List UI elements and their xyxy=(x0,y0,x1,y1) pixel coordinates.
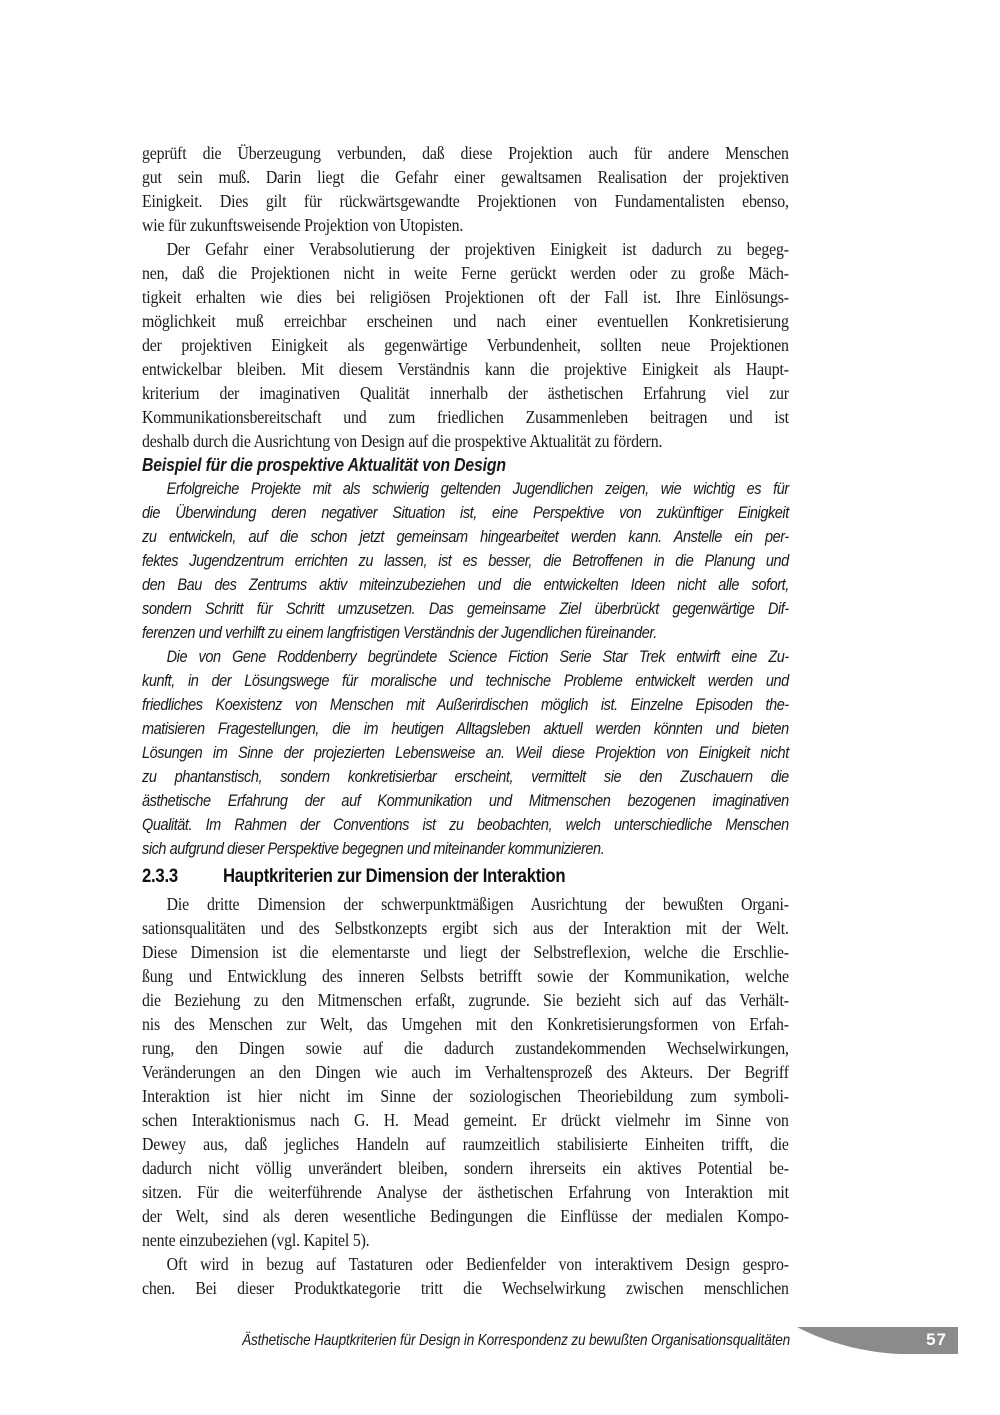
example-line: den Bau des Zentrums aktiv miteinzubezie… xyxy=(142,573,789,597)
body-line: entwickelbar bleiben. Mit diesem Verstän… xyxy=(142,357,789,381)
body-line: kriterium der imaginativen Qualität inne… xyxy=(142,381,789,405)
body-line: der projektiven Einigkeit als gegenwärti… xyxy=(142,333,789,357)
example-line: ästhetische Erfahrung der auf Kommunikat… xyxy=(142,789,789,813)
body-line: chen. Bei dieser Produktkategorie tritt … xyxy=(142,1276,789,1300)
example-line: sondern Schritt für Schritt umzusetzen. … xyxy=(142,597,789,621)
paragraph: Der Gefahr einer Verabsolutierung der pr… xyxy=(142,237,789,453)
body-line: geprüft die Überzeugung verbunden, daß d… xyxy=(142,141,789,165)
example-line: Erfolgreiche Projekte mit als schwierig … xyxy=(142,477,789,501)
body-line: Einigkeit. Dies gilt für rückwärtsgewand… xyxy=(142,189,789,213)
example-line: ferenzen und verhilft zu einem langfrist… xyxy=(142,621,789,645)
example-paragraph: Erfolgreiche Projekte mit als schwierig … xyxy=(142,477,789,645)
body-line: Dewey aus, daß jegliches Handeln auf rau… xyxy=(142,1132,789,1156)
example-line: Lösungen im Sinne der projezierten Leben… xyxy=(142,741,789,765)
body-line: wie für zukunftsweisende Projektion von … xyxy=(142,213,789,237)
body-line: sationsqualitäten und des Selbstkonzepts… xyxy=(142,916,789,940)
section-title: Hauptkriterien zur Dimension der Interak… xyxy=(223,866,565,887)
body-line: ßung und Entwicklung des inneren Selbsts… xyxy=(142,964,789,988)
body-line: Oft wird in bezug auf Tastaturen oder Be… xyxy=(142,1252,789,1276)
body-line: Diese Dimension ist die elementarste und… xyxy=(142,940,789,964)
example-line: Die von Gene Roddenberry begründete Scie… xyxy=(142,645,789,669)
body-line: schen Interaktionismus nach G. H. Mead g… xyxy=(142,1108,789,1132)
body-line: der Welt, sind als deren wesentliche Bed… xyxy=(142,1204,789,1228)
body-line: sitzen. Für die weiterführende Analyse d… xyxy=(142,1180,789,1204)
example-line: sich aufgrund dieser Perspektive begegne… xyxy=(142,837,789,861)
section-heading: 2.3.3Hauptkriterien zur Dimension der In… xyxy=(142,864,789,890)
example-line: kunft, in der Lösungswege für moralische… xyxy=(142,669,789,693)
body-line: die Beziehung zu den Mitmenschen erfaßt,… xyxy=(142,988,789,1012)
example-line: friedliches Koexistenz von Menschen mit … xyxy=(142,693,789,717)
example-line: zu entwickeln, auf die schon jetzt gemei… xyxy=(142,525,789,549)
example-paragraph: Die von Gene Roddenberry begründete Scie… xyxy=(142,645,789,861)
body-line: nis des Menschen zur Welt, das Umgehen m… xyxy=(142,1012,789,1036)
body-line: dadurch nicht völlig unverändert bleiben… xyxy=(142,1156,789,1180)
example-line: matisieren Fragestellungen, die im heuti… xyxy=(142,717,789,741)
body-line: Der Gefahr einer Verabsolutierung der pr… xyxy=(142,237,789,261)
example-line: die Überwindung deren negativer Situatio… xyxy=(142,501,789,525)
body-line: Kommunikationsbereitschaft und zum fried… xyxy=(142,405,789,429)
body-line: gut sein muß. Darin liegt die Gefahr ein… xyxy=(142,165,789,189)
page-number-tab: 57 xyxy=(797,1327,958,1354)
paragraph: Die dritte Dimension der schwerpunktmäßi… xyxy=(142,892,789,1252)
body-line: deshalb durch die Ausrichtung von Design… xyxy=(142,429,789,453)
body-line: rung, den Dingen sowie auf die dadurch z… xyxy=(142,1036,789,1060)
example-line: fektes Jugendzentrum errichten zu lassen… xyxy=(142,549,789,573)
body-line: nente einzubeziehen (vgl. Kapitel 5). xyxy=(142,1228,789,1252)
paragraph: Oft wird in bezug auf Tastaturen oder Be… xyxy=(142,1252,789,1300)
body-line: tigkeit erhalten wie dies bei religiösen… xyxy=(142,285,789,309)
document-page: { "page": { "background": "#ffffff", "te… xyxy=(0,0,1000,1415)
example-line: zu phantanstisch, sondern konkretisierba… xyxy=(142,765,789,789)
example-heading: Beispiel für die prospektive Aktualität … xyxy=(142,453,789,477)
section-number: 2.3.3 xyxy=(142,864,223,890)
body-line: möglichkeit muß erreichbar erscheinen un… xyxy=(142,309,789,333)
body-line: Die dritte Dimension der schwerpunktmäßi… xyxy=(142,892,789,916)
page-number: 57 xyxy=(926,1330,947,1350)
body-line: Veränderungen an den Dingen wie auch im … xyxy=(142,1060,789,1084)
paragraph: geprüft die Überzeugung verbunden, daß d… xyxy=(142,141,789,237)
example-line: Qualität. Im Rahmen der Conventions ist … xyxy=(142,813,789,837)
body-line: nen, daß die Projektionen nicht in weite… xyxy=(142,261,789,285)
body-line: Interaktion ist hier nicht im Sinne der … xyxy=(142,1084,789,1108)
running-footer-title: Ästhetische Hauptkriterien für Design in… xyxy=(144,1328,790,1354)
text-column: geprüft die Überzeugung verbunden, daß d… xyxy=(142,141,789,1300)
